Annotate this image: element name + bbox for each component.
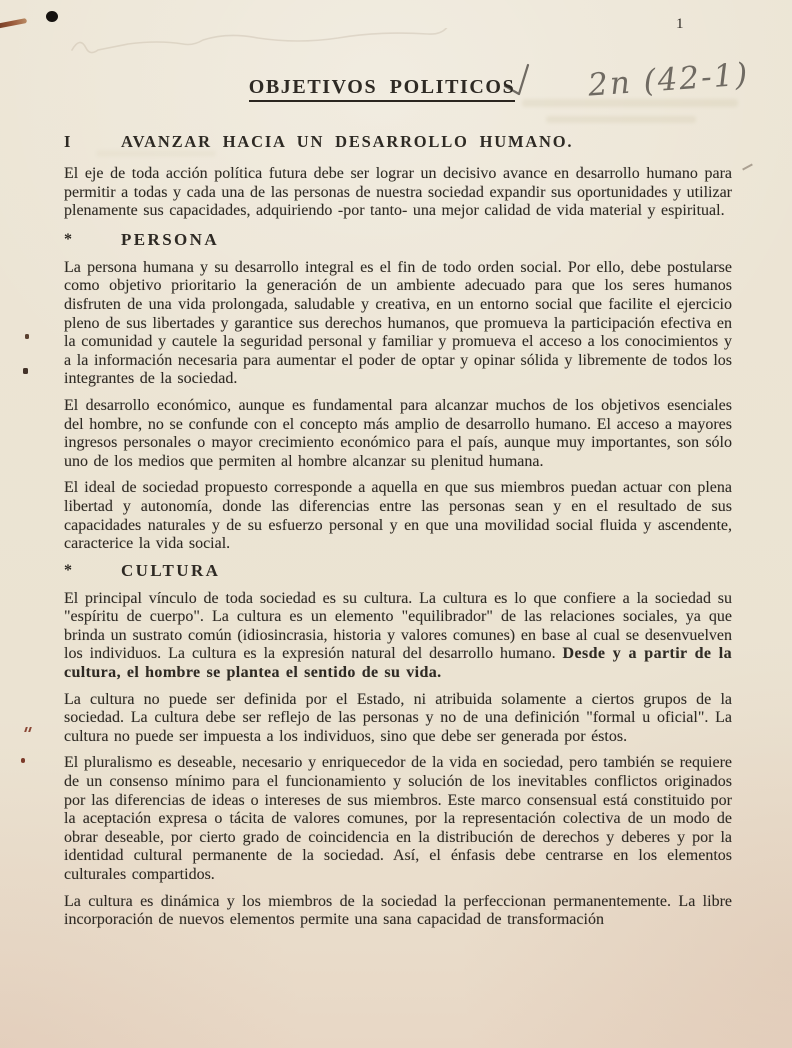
paragraph: El ideal de sociedad propuesto correspon… [64, 479, 732, 553]
margin-speck [23, 368, 28, 374]
paragraph: El principal vínculo de toda sociedad es… [64, 590, 732, 683]
margin-speck [25, 334, 29, 339]
subsection-heading-label: CULTURA [121, 560, 220, 581]
margin-quote-mark [24, 727, 28, 732]
section-heading-label: AVANZAR HACIA UN DESARROLLO HUMANO. [121, 132, 573, 152]
paragraph: La persona humana y su desarrollo integr… [64, 259, 732, 389]
paragraph: El desarrollo económico, aunque es funda… [64, 397, 732, 471]
document-title: OBJETIVOS POLITICOS [48, 76, 716, 99]
asterisk-marker: * [64, 229, 121, 250]
subsection-heading-cultura: * CULTURA [64, 560, 732, 581]
paragraph: La cultura no puede ser definida por el … [64, 691, 732, 747]
hole-punch-dot-icon [46, 11, 58, 22]
scanned-document-page: 1 2n (42-1) OBJETIVOS POLITICOS I AVANZA… [0, 0, 792, 1048]
subsection-heading-persona: * PERSONA [64, 229, 732, 250]
section-numeral: I [64, 132, 121, 152]
margin-dot-mark [21, 758, 25, 763]
paragraph: El eje de toda acción política futura de… [64, 165, 732, 221]
margin-dash-mark [742, 164, 753, 171]
text-column: OBJETIVOS POLITICOS I AVANZAR HACIA UN D… [64, 0, 732, 938]
asterisk-marker: * [64, 560, 121, 581]
paragraph: La cultura es dinámica y los miembros de… [64, 893, 732, 930]
paragraph: El pluralismo es deseable, necesario y e… [64, 754, 732, 884]
subsection-heading-label: PERSONA [121, 229, 219, 250]
section-heading-desarrollo-humano: I AVANZAR HACIA UN DESARROLLO HUMANO. [64, 132, 732, 152]
pen-mark-icon [0, 18, 27, 29]
